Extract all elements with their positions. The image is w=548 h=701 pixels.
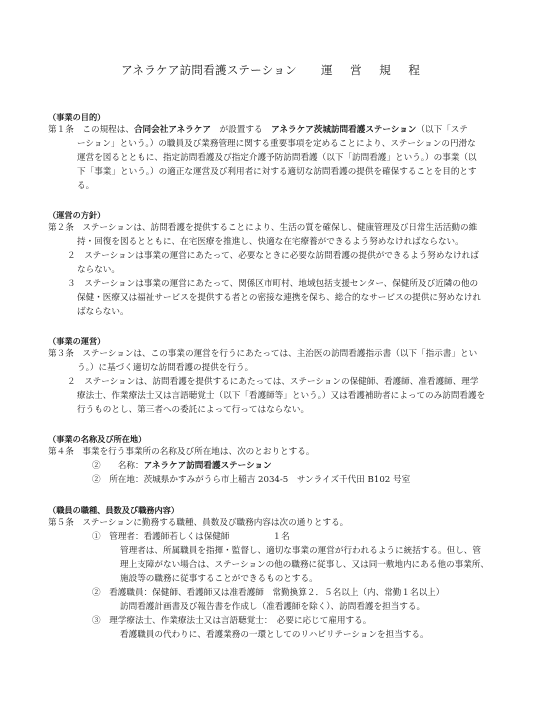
article-5-nurse-desc: 訪問看護計画書及び報告書を作成し（准看護師を除く）、訪問看護を担当する。 bbox=[120, 601, 425, 613]
document-title: アネラケア訪問看護ステーション運 営 規 程 bbox=[0, 62, 548, 78]
article-2-line-1: 第２条 ステーションは、訪問看護を提供することにより、生活の質を確保し、健康管理… bbox=[48, 222, 477, 234]
article-5-therapist-desc: 看護職員の代わりに、看護業務の一環としてのリハビリテーションを担当する。 bbox=[120, 629, 429, 641]
station-name: アネラケア訪問看護ステーション bbox=[121, 63, 297, 77]
section-heading-name-location: （事業の名称及び所在地） bbox=[48, 433, 146, 445]
article-1-line-4: 下「事業」という。）の適正な運営及び利用者に対する適切な訪問看護の提供を確保する… bbox=[77, 166, 477, 178]
text: ② 名称： bbox=[92, 461, 144, 471]
article-2-para-3-line-3: ばならない。 bbox=[77, 306, 129, 318]
article-2-para-3-line-1: ３ ステーションは事業の運営にあたって、関係区市町村、地域包括支援センター、保健… bbox=[67, 278, 478, 290]
article-2-line-2: 持・回復を図るとともに、在宅医療を推進し、快適な在宅療養ができるよう努めなければ… bbox=[77, 236, 464, 248]
article-4-name-line: ② 名称：アネラケア訪問看護ステーション bbox=[92, 460, 272, 472]
text: （以下「ステ bbox=[416, 125, 467, 135]
article-3-line-1: 第３条 ステーションは、この事業の運営を行うにあたっては、主治医の訪問看護指示書… bbox=[48, 348, 477, 360]
article-2-para-3-line-2: 保健・医療又は福祉サービスを提供する者との密接な連携を保ち、総合的なサービスの提… bbox=[77, 292, 481, 304]
article-5-manager-desc-1: 管理者は、所属職員を指揮・監督し、適切な事業の運営が行われるように統括する。但し… bbox=[120, 545, 481, 557]
text: が設置する bbox=[211, 125, 271, 135]
article-1-line-5: る。 bbox=[77, 180, 94, 192]
article-1-line-1: 第１条 この規程は、合同会社アネラケア が設置する アネラケア茨城訪問看護ステー… bbox=[48, 124, 468, 136]
article-5-therapist-line: ③ 理学療法士、作業療法士又は言語聴覚士： 必要に応じて雇用する。 bbox=[92, 615, 371, 627]
section-heading-policy: （運営の方針） bbox=[48, 209, 105, 221]
article-1-line-2: ーション」という。）の職員及び業務管理に関する重要事項を定めることにより、ステー… bbox=[77, 138, 476, 150]
article-5-line-1: 第５条 ステーションに勤務する職種、員数及び職務内容は次の通りとする。 bbox=[48, 517, 348, 529]
article-3-para-2-line-2: 療法士、作業療法士又は言語聴覚士（以下「看護師等」という。）又は看護補助者によっ… bbox=[77, 390, 485, 402]
article-2-para-2-line-1: ２ ステーションは事業の運営にあたって、必要なときに必要な訪問看護の提供ができる… bbox=[67, 250, 479, 262]
section-heading-purpose: （事業の目的） bbox=[48, 111, 105, 123]
article-5-manager-line: ① 管理者：看護師若しくは保健師 １名 bbox=[92, 531, 290, 543]
article-4-line-1: 第４条 事業を行う事業所の名称及び所在地は、次のとおりとする。 bbox=[48, 446, 314, 458]
station-full-name: アネラケア茨城訪問看護ステーション bbox=[271, 125, 416, 135]
article-5-manager-desc-3: 施設等の職務に従事することができるものとする。 bbox=[120, 573, 318, 585]
facility-name: アネラケア訪問看護ステーション bbox=[144, 461, 272, 471]
text: 第１条 この規程は、 bbox=[48, 125, 134, 135]
regulation-heading: 運 営 規 程 bbox=[321, 63, 427, 77]
article-5-manager-desc-2: 理上支障がない場合は、ステーションの他の職務に従事し、又は同一敷地内にある他の事… bbox=[120, 559, 489, 571]
article-4-address-line: ② 所在地：茨城県かすみがうら市上稲吉 2034-5 サンライズ千代田 B102… bbox=[92, 474, 410, 486]
article-3-para-2-line-1: ２ ステーションは、訪問看護を提供するにあたっては、ステーションの保健師、看護師… bbox=[67, 376, 478, 388]
article-1-line-3: 運営を図るとともに、指定訪問看護及び指定介護予防訪問看護（以下「訪問看護」という… bbox=[77, 152, 477, 164]
article-2-para-2-line-2: ならない。 bbox=[77, 264, 120, 276]
section-heading-staff: （職員の職種、員数及び職務内容） bbox=[48, 504, 179, 516]
section-heading-operation: （事業の運営） bbox=[48, 335, 105, 347]
article-5-nurse-line: ② 看護職員：保健師、看護師又は准看護師 常勤換算２．５名以上（内、常勤１名以上… bbox=[92, 587, 444, 599]
article-3-para-2-line-3: 行うものとし、第三者への委託によって行ってはならない。 bbox=[77, 404, 309, 416]
company-name: 合同会社アネラケア bbox=[134, 125, 211, 135]
article-3-line-2: う。）に基づく適切な訪問看護の提供を行う。 bbox=[77, 362, 253, 374]
